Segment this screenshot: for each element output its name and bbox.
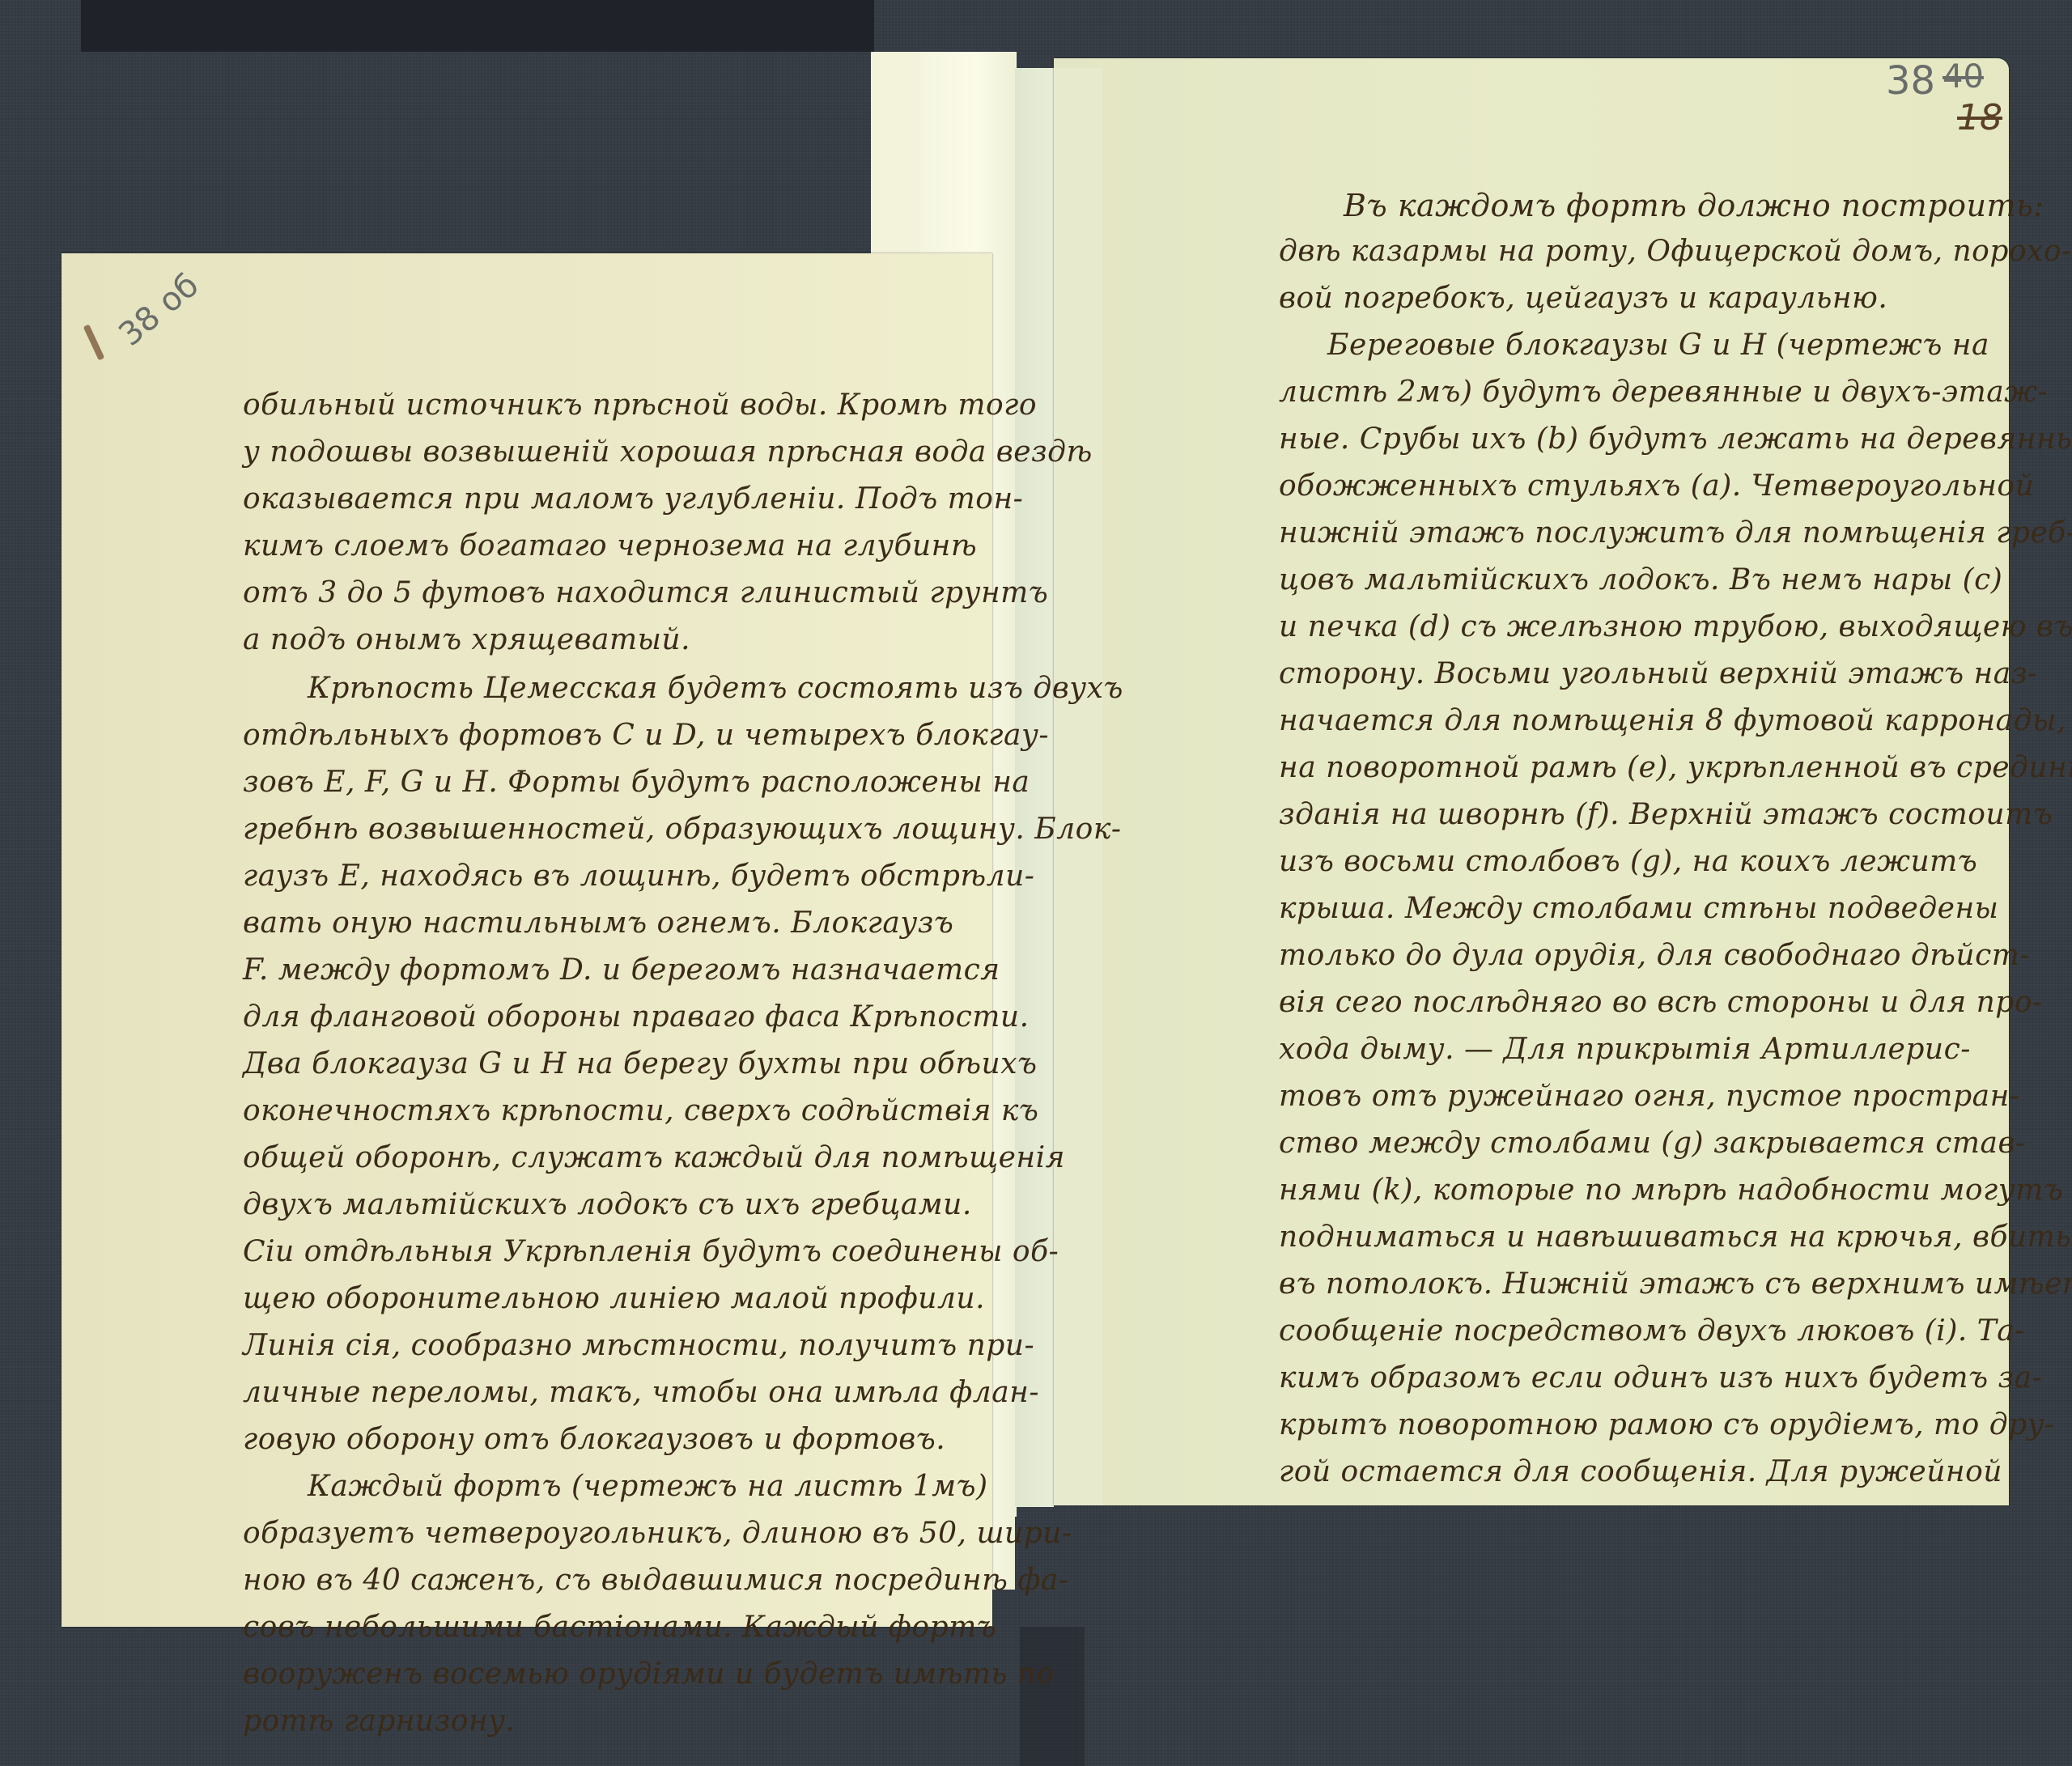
text-line: Сіи отдѣльныя Укрѣпленія будутъ соединен… — [243, 1235, 1059, 1268]
text-line: у подошвы возвышеній хорошая прѣсная вод… — [243, 435, 1093, 469]
text-line: зовъ E, F, G и H. Форты будутъ расположе… — [243, 766, 1030, 799]
text-line: общей оборонѣ, служатъ каждый для помѣще… — [243, 1141, 1065, 1174]
text-line: товъ отъ ружейнаго огня, пустое простран… — [1279, 1080, 2019, 1113]
text-line: нижній этажъ послужитъ для помѣщенія гре… — [1279, 516, 2072, 550]
text-line: двухъ мальтійскихъ лодокъ съ ихъ гребцам… — [243, 1188, 972, 1221]
text-line: крыша. Между столбами стѣны подведены — [1279, 892, 1998, 925]
text-line: нями (k), которые по мѣрѣ надобности мог… — [1279, 1174, 2063, 1207]
text-line: гребнѣ возвышенностей, образующихъ лощин… — [243, 813, 1122, 846]
text-line: Каждый фортъ (чертежъ на листѣ 1мъ) — [308, 1470, 988, 1503]
text-line: хода дыму. — Для прикрытія Артиллерис- — [1279, 1033, 1971, 1066]
text-line: а подъ онымъ хрящеватый. — [243, 623, 690, 656]
text-line: Береговые блокгаузы G и H (чертежъ на — [1327, 329, 1989, 362]
text-line: обожженныхъ стульяхъ (a). Четвероугольно… — [1279, 469, 2034, 503]
text-line: подниматься и навѣшиваться на крючья, вб… — [1279, 1220, 2072, 1254]
binding-shadow-top — [81, 0, 874, 52]
text-line: Два блокгауза G и H на берегу бухты при … — [243, 1047, 1038, 1080]
text-line: только до дула орудія, для свободнаго дѣ… — [1279, 939, 2030, 972]
text-line: образуетъ четвероугольникъ, длиною въ 50… — [243, 1517, 1072, 1550]
text-line: отдѣльныхъ фортовъ C и D, и четырехъ бло… — [243, 719, 1049, 752]
hinge-overlay — [1054, 68, 1102, 1505]
text-line: оказывается при маломъ углубленіи. Подъ … — [243, 482, 1023, 516]
text-line: отъ 3 до 5 футовъ находится глинистый гр… — [243, 576, 1048, 609]
text-line: и печка (d) съ желѣзною трубою, выходяще… — [1279, 610, 2072, 643]
text-line: вооруженъ восемью орудіями и будетъ имѣт… — [243, 1658, 1055, 1691]
binding-shadow-bottom — [1020, 1627, 1085, 1766]
text-line: двѣ казармы на роту, Офицерской домъ, по… — [1279, 235, 2072, 268]
text-line: начается для помѣщенія 8 футовой каррона… — [1279, 704, 2066, 737]
text-line: кимъ слоемъ богатаго чернозема на глубин… — [243, 529, 977, 562]
right-folio-current: 38 — [1886, 58, 1935, 104]
text-line: на поворотной рамѣ (e), укрѣпленной въ с… — [1279, 751, 2072, 784]
text-line: вой погребокъ, цейгаузъ и караульню. — [1279, 282, 1887, 315]
text-line: изъ восьми столбовъ (g), на коихъ лежитъ — [1279, 845, 1977, 878]
text-line: сторону. Восьми угольный верхній этажъ н… — [1279, 657, 2038, 690]
text-line: ротѣ гарнизону. — [243, 1704, 516, 1738]
text-line: зданія на шворнѣ (f). Верхній этажъ сост… — [1279, 798, 2053, 831]
text-line: для фланговой обороны праваго фаса Крѣпо… — [243, 1000, 1030, 1034]
text-line: совъ небольшими бастіонами. Каждый фортъ — [243, 1611, 996, 1644]
text-line: крытъ поворотною рамою съ орудіемъ, то д… — [1279, 1408, 2055, 1441]
text-line: F. между фортомъ D. и берегомъ назначает… — [243, 953, 1000, 987]
text-line: листѣ 2мъ) будутъ деревянные и двухъ-эта… — [1279, 376, 2048, 409]
text-line: ною въ 40 саженъ, съ выдавшимися посреди… — [243, 1564, 1069, 1597]
text-line: цовъ мальтійскихъ лодокъ. Въ немъ нары (… — [1279, 563, 2002, 596]
text-line: вія сего послѣдняго во всѣ стороны и для… — [1279, 986, 2043, 1019]
text-line: Линія сія, сообразно мѣстности, получитъ… — [243, 1329, 1034, 1362]
text-line: гаузъ E, находясь въ лощинѣ, будетъ обст… — [243, 860, 1034, 893]
text-line: въ потолокъ. Нижній этажъ съ верхнимъ им… — [1279, 1267, 2072, 1301]
right-folio-ink-struck: 18 — [1957, 97, 2002, 138]
text-line: оконечностяхъ крѣпости, сверхъ содѣйстві… — [243, 1094, 1038, 1127]
text-line: ные. Срубы ихъ (b) будутъ лежать на дере… — [1279, 422, 2072, 456]
text-line: обильный источникъ прѣсной воды. Кромѣ т… — [243, 388, 1037, 422]
right-folio-struck: 40 — [1942, 58, 1984, 96]
text-line: говую оборону отъ блокгаузовъ и фортовъ. — [243, 1423, 945, 1456]
text-line: личные переломы, такъ, чтобы она имѣла ф… — [243, 1376, 1039, 1409]
text-line: Крѣпость Цемесская будетъ состоять изъ д… — [308, 672, 1123, 705]
text-line: гой остается для сообщенія. Для ружейной — [1279, 1455, 2002, 1488]
text-line: щею оборонительною линіею малой профили. — [243, 1282, 985, 1315]
text-line: кимъ образомъ если одинъ изъ нихъ будетъ… — [1279, 1361, 2042, 1395]
text-line: ство между столбами (g) закрывается став… — [1279, 1127, 2026, 1160]
text-line: Въ каждомъ фортѣ должно построить: — [1344, 188, 2044, 223]
text-line: вать оную настильнымъ огнемъ. Блокгаузъ — [243, 906, 953, 940]
text-line: сообщеніе посредствомъ двухъ люковъ (i).… — [1279, 1314, 2025, 1348]
